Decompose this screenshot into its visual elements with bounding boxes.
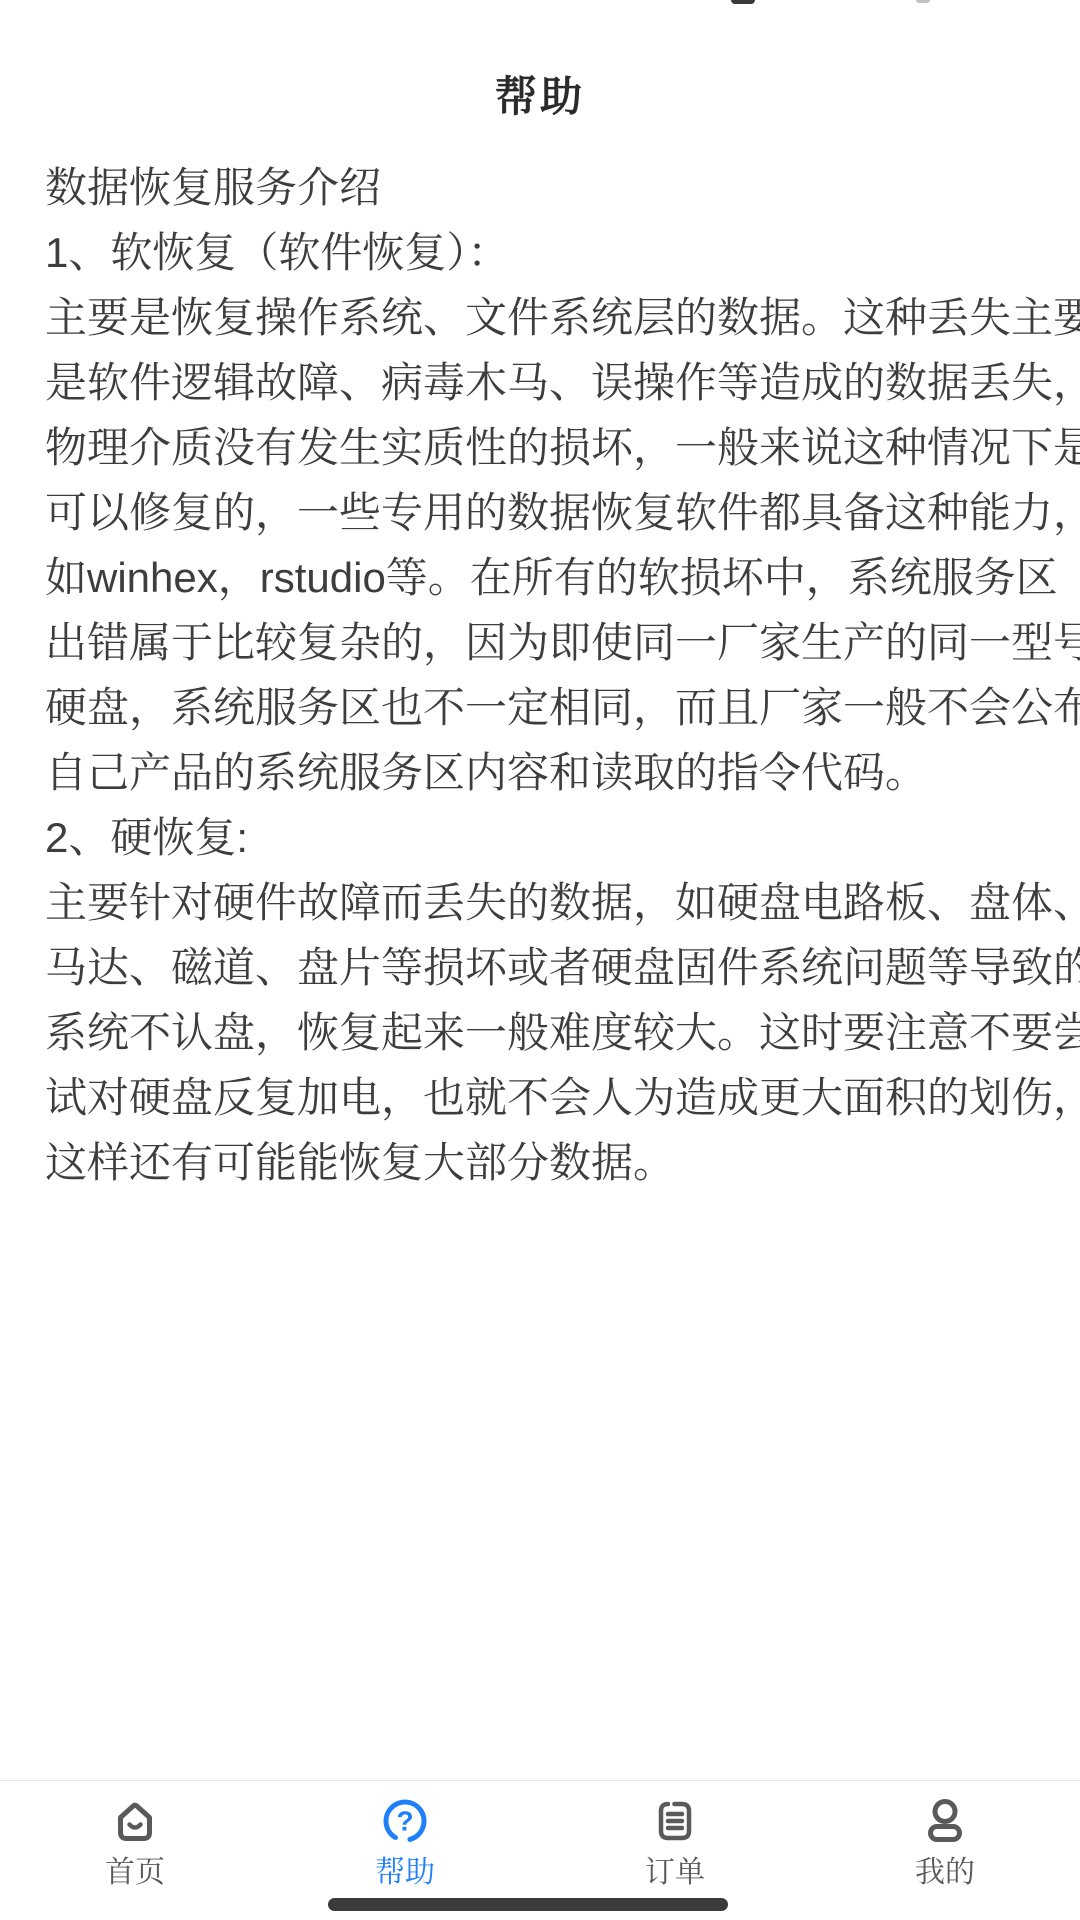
article-line: 2、硬恢复: [45,805,1035,870]
profile-icon [917,1793,973,1849]
svg-text:?: ? [396,1806,413,1837]
help-screen: 帮助 数据恢复服务介绍 1、软恢复（软件恢复）： 主要是恢复操作系统、文件系统层… [0,0,1080,1920]
article-line: 硬盘，系统服务区也不一定相同，而且厂家一般不会公布 [45,675,1035,740]
tab-profile[interactable]: 我的 [810,1781,1080,1920]
article-line: 物理介质没有发生实质性的损坏，一般来说这种情况下是 [45,415,1035,480]
help-article: 数据恢复服务介绍 1、软恢复（软件恢复）： 主要是恢复操作系统、文件系统层的数据… [45,155,1035,1195]
tab-label: 首页 [105,1856,165,1890]
tab-label: 帮助 [375,1856,435,1890]
article-line: 试对硬盘反复加电，也就不会人为造成更大面积的划伤， [45,1065,1035,1130]
orders-icon [647,1793,703,1849]
home-indicator-bar[interactable] [328,1898,728,1911]
tab-home[interactable]: 首页 [0,1781,270,1920]
page-title: 帮助 [495,74,585,120]
article-line: 这样还有可能能恢复大部分数据。 [45,1130,1035,1195]
article-line: 系统不认盘，恢复起来一般难度较大。这时要注意不要尝 [45,1000,1035,1065]
help-icon: ? [377,1793,433,1849]
article-line: 数据恢复服务介绍 [45,155,1035,220]
article-line: 马达、磁道、盘片等损坏或者硬盘固件系统问题等导致的 [45,935,1035,1000]
article-line: 是软件逻辑故障、病毒木马、误操作等造成的数据丢失， [45,350,1035,415]
article-line: 可以修复的，一些专用的数据恢复软件都具备这种能力， [45,480,1035,545]
home-icon [107,1793,163,1849]
tab-label: 我的 [915,1856,975,1890]
article-line: 如winhex，rstudio等。在所有的软损坏中，系统服务区 [45,545,1035,610]
article-line: 1、软恢复（软件恢复）： [45,220,1035,285]
article-line: 主要是恢复操作系统、文件系统层的数据。这种丢失主要 [45,285,1035,350]
article-line: 自己产品的系统服务区内容和读取的指令代码。 [45,740,1035,805]
article-line: 主要针对硬件故障而丢失的数据，如硬盘电路板、盘体、 [45,870,1035,935]
tab-label: 订单 [645,1856,705,1890]
header: 帮助 [0,0,1080,120]
article-line: 出错属于比较复杂的，因为即使同一厂家生产的同一型号 [45,610,1035,675]
